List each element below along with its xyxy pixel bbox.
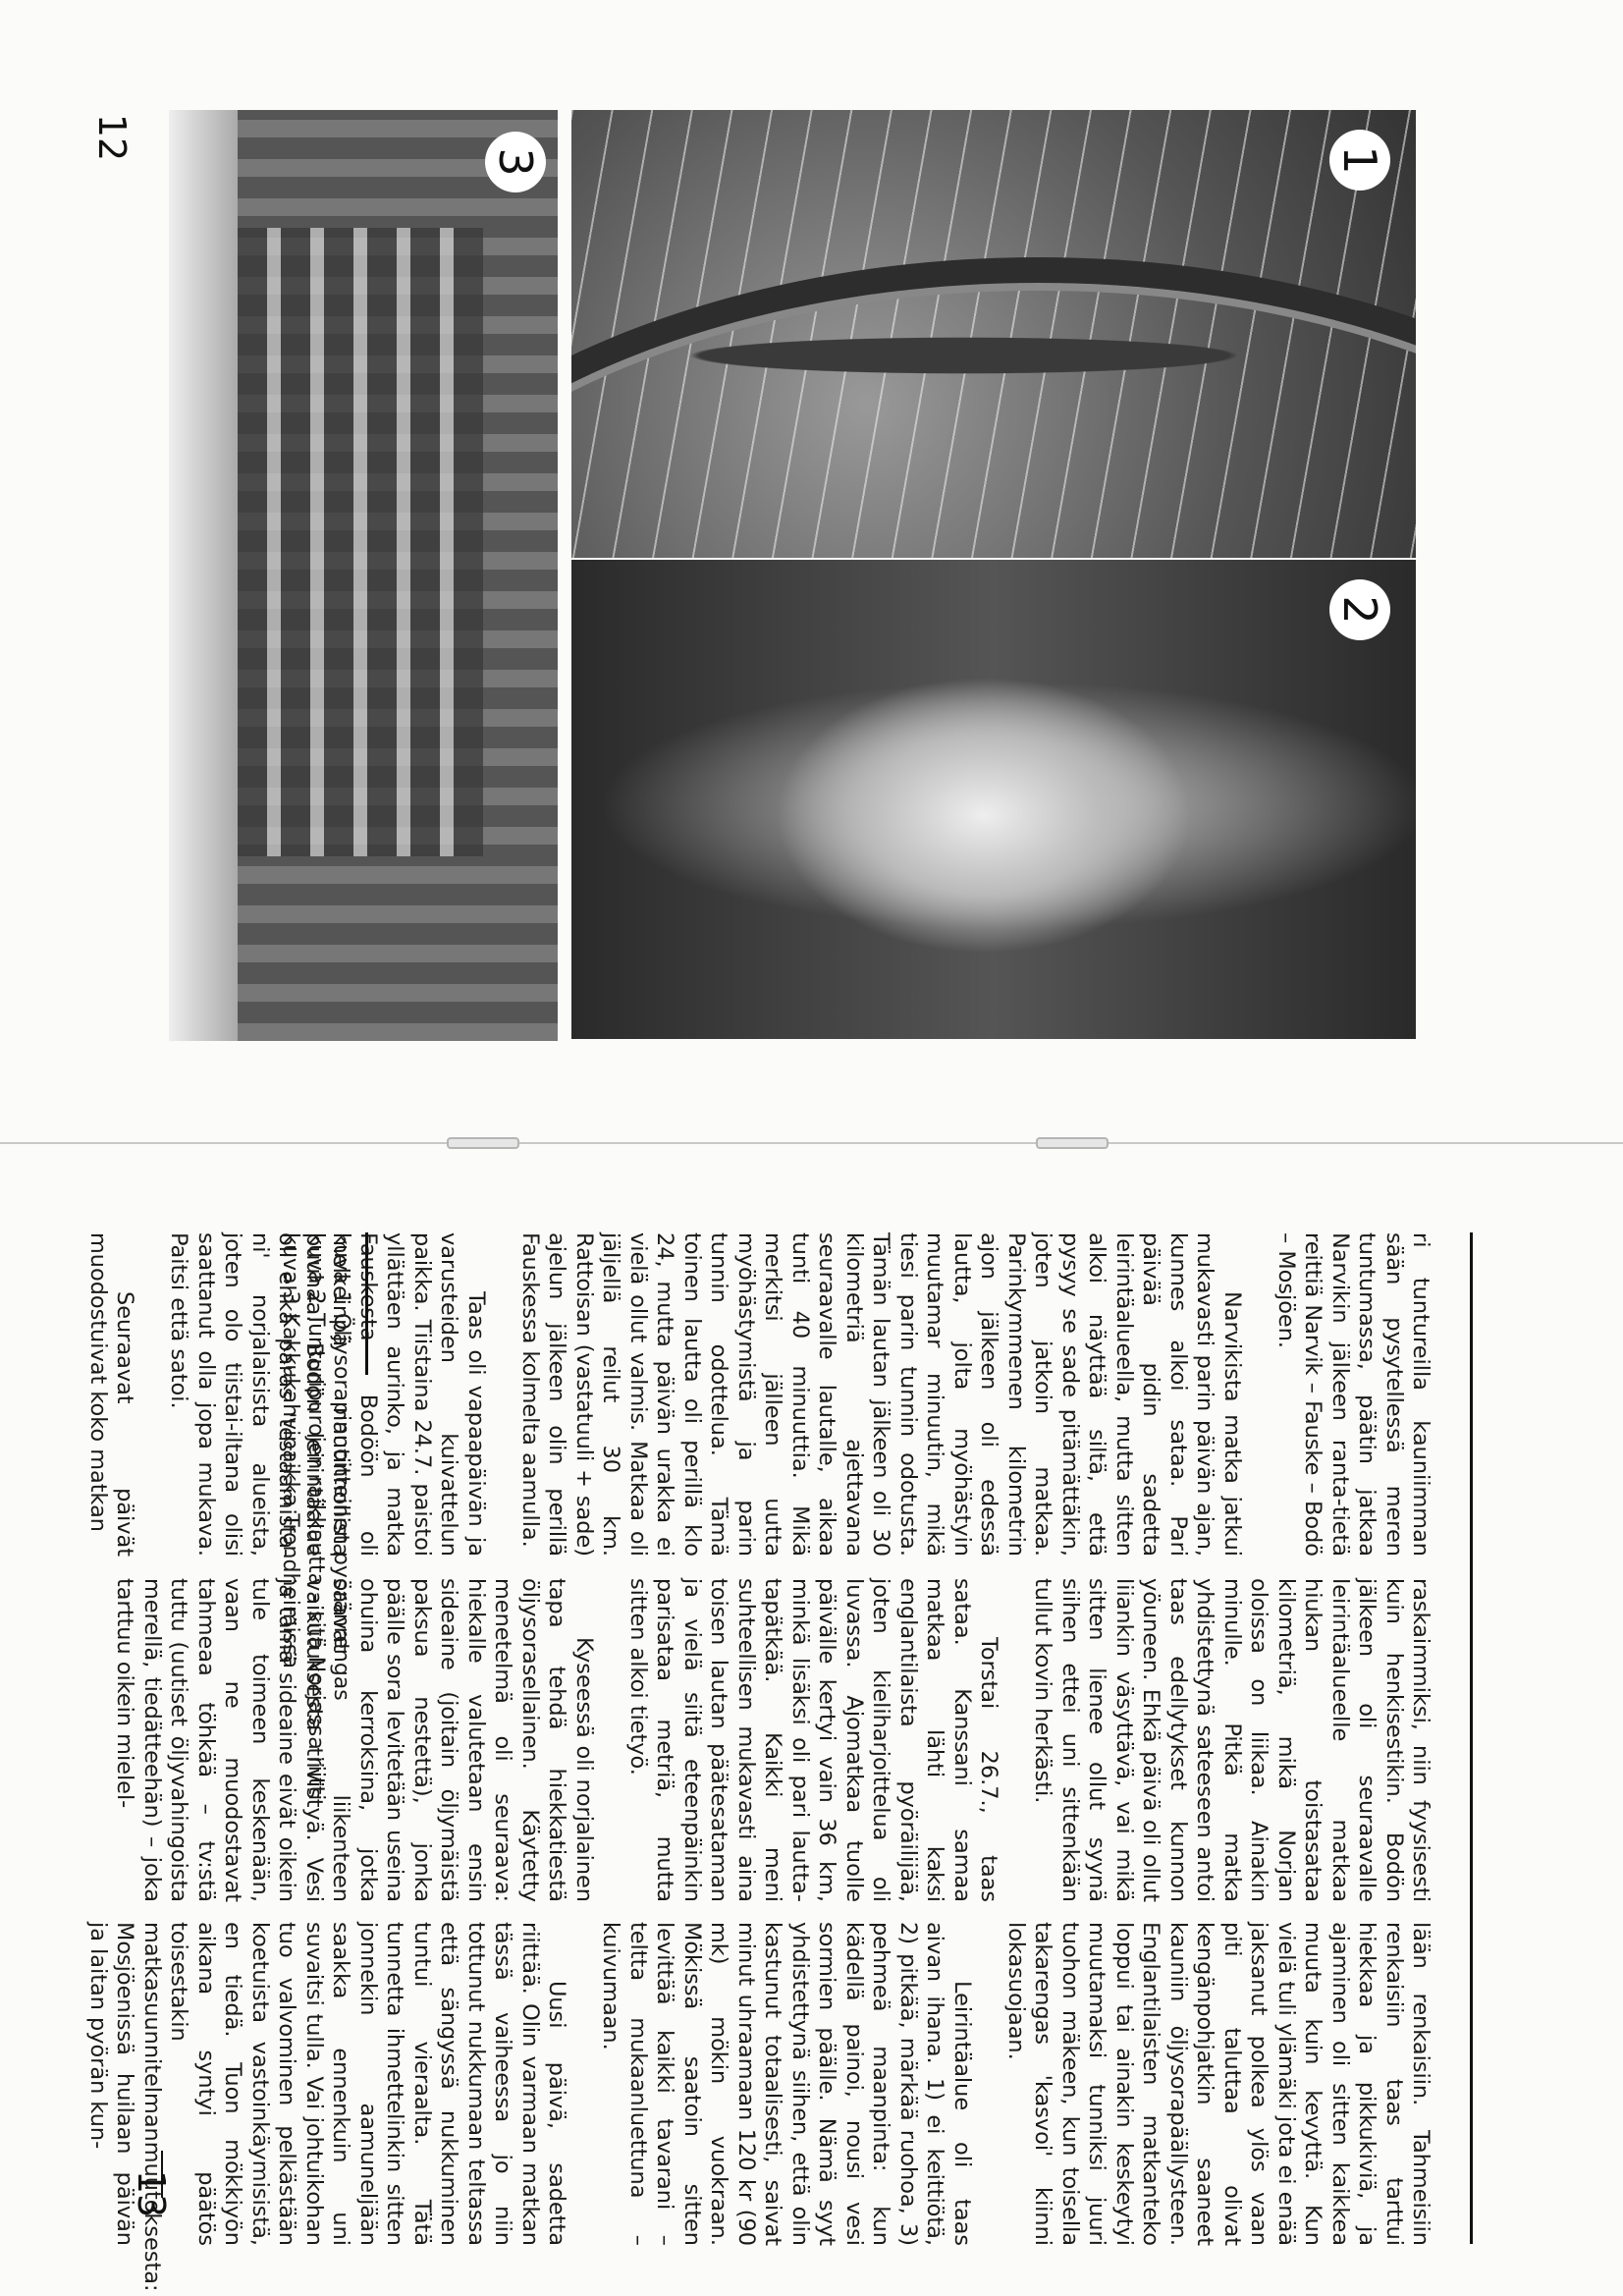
building-shape — [238, 228, 483, 856]
article-column-3: lään renkaisiin. Tahmeisiin renkaisiin t… — [57, 1922, 1461, 2246]
page-number-left: 12 — [90, 114, 134, 161]
paragraph: raskaimmiksi, niin fyysisesti kuin henki… — [1029, 1578, 1434, 1902]
caption-rule — [365, 1232, 368, 1375]
paragraph: lään renkaisiin. Tahmeisiin renkaisiin t… — [1002, 1922, 1434, 2246]
paragraph: Torstai 26.7., taas sataa. Kanssani sama… — [624, 1578, 1002, 1902]
photo-trondheim-cafe: 3 — [169, 110, 558, 1041]
street-shape — [169, 110, 238, 1041]
caption-1: kuva 1Öljysorapinnoitteinen pyöränrengas — [328, 1232, 353, 1800]
caption-2: kuva 2Tunturipurojen raikkautta – sitä N… — [302, 1232, 328, 1800]
page-number-rule — [161, 2151, 163, 2198]
article-column-1: ri tuntureilla kauniimman sään pysytelle… — [57, 1232, 1461, 1557]
photo-bicycle-tire: 1 — [571, 110, 1416, 558]
caption-3: kuva 3Kakkukahvipaikka Trondheimissa — [277, 1232, 302, 1800]
photo-fell-stream: 2 — [571, 560, 1416, 1039]
tire-shape — [571, 257, 1416, 558]
photo-captions: kuva 1Öljysorapinnoitteinen pyöränrengas… — [277, 1232, 353, 1800]
paragraph: Leirintäalue oli taas aivan ihana. 1) ei… — [597, 1922, 975, 2246]
header-rule — [1470, 1232, 1473, 2244]
photo-number-badge: 2 — [1329, 579, 1390, 640]
paragraph: Narvikista matka jatkui mukavasti parin … — [516, 1232, 1246, 1557]
photo-number-badge: 3 — [485, 132, 546, 192]
photo-number-badge: 1 — [1329, 130, 1390, 191]
paragraph: Seuraavat päivät muodostuivat koko matka… — [84, 1232, 138, 1557]
paragraph: Kyseessä oli norjalainen tapa tehdä hiek… — [111, 1578, 597, 1902]
page-spine — [0, 1142, 1623, 1144]
page-number-right: 13 — [130, 2170, 173, 2217]
staple — [1036, 1137, 1109, 1149]
staple — [447, 1137, 519, 1149]
paragraph: ri tuntureilla kauniimman sään pysytelle… — [1272, 1232, 1434, 1557]
